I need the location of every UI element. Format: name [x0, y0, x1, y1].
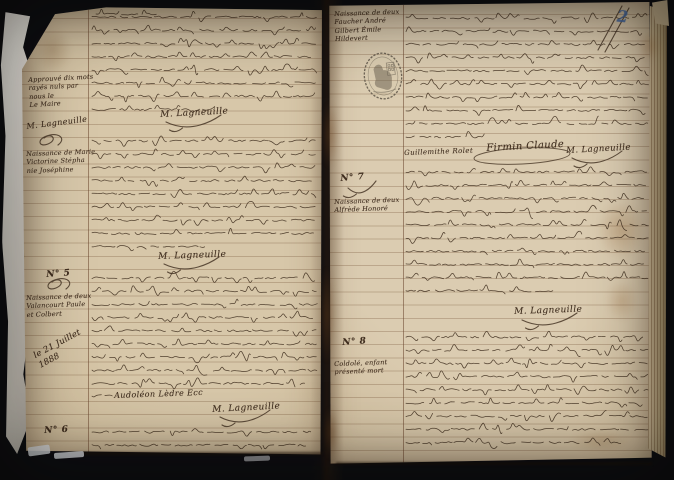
foil-glint — [244, 456, 270, 462]
entry-number: N° 5 — [46, 268, 71, 281]
scanned-register-spread: Approuvé dix motsrayés nuls parnous leLe… — [0, 0, 674, 480]
revenue-stamp-icon — [359, 48, 407, 105]
marginal-birth-note: Naissance de deuxFaucher AndréGilbert Ém… — [334, 8, 400, 44]
marginal-death-note: Coldolé, enfantprésenté mort — [334, 358, 388, 377]
folio-number: 2 — [616, 7, 629, 27]
signature-mayor: M. Lagneuille — [514, 305, 582, 319]
foil-glint — [27, 445, 50, 457]
foil-glint — [54, 451, 84, 459]
marginal-approval-note: Approuvé dix motsrayés nuls parnous leLe… — [28, 73, 95, 110]
marginal-birth-note: Naissance de deuxValancourt Pauleet Colb… — [26, 292, 92, 320]
entry-number: N° 6 — [44, 425, 69, 438]
marginal-birth-note: Naissance de deuxAlfrède Honoré — [334, 196, 400, 215]
entry-number: N° 7 — [340, 172, 365, 186]
marginal-birth-note: Naissance de MarieVictorine Stéphanie Jo… — [26, 148, 96, 176]
stacked-page-edges — [648, 6, 667, 462]
entry-number: N° 8 — [342, 336, 367, 349]
signature-mayor: M. Lagneuille — [158, 250, 226, 264]
